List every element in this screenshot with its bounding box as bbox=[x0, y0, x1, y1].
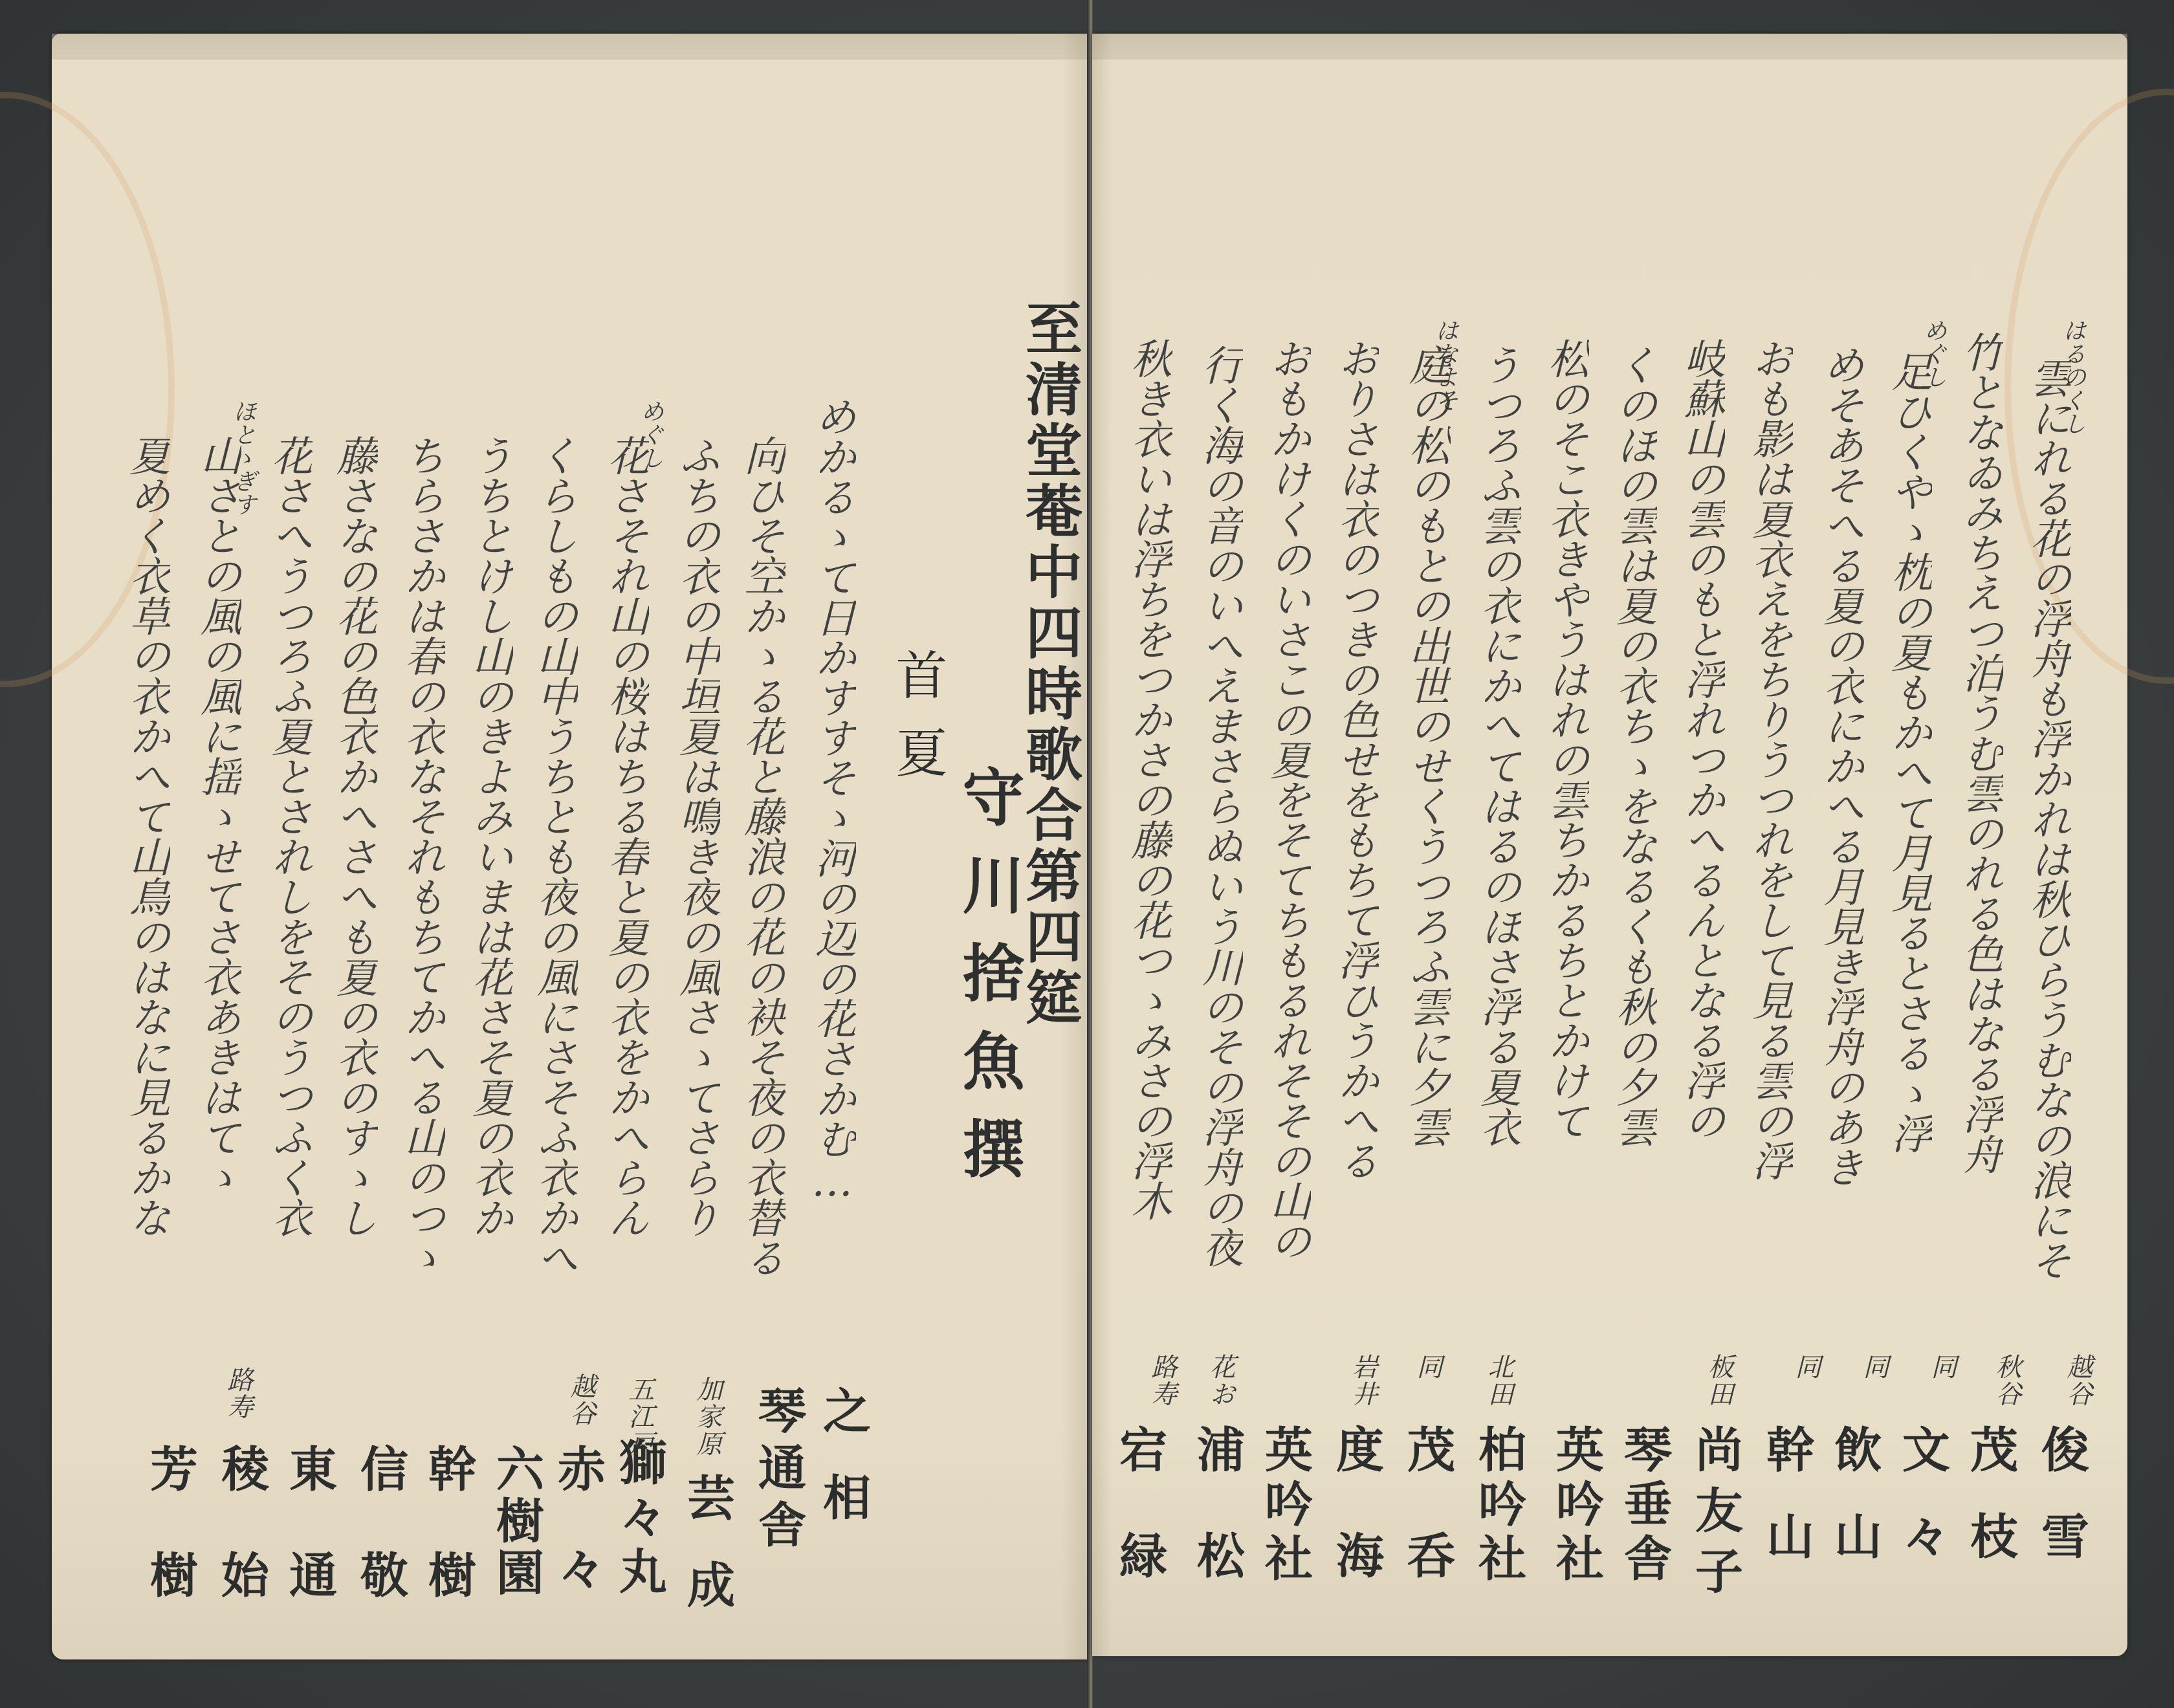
poem-column: 秋き衣いは浮ちをつかさの藤の花つゝみさの浮木 bbox=[1118, 338, 1178, 1220]
poet-prefix: 越谷 bbox=[2059, 1353, 2096, 1408]
poet-prefix: 板田 bbox=[1700, 1353, 1737, 1408]
gutter-shadow bbox=[1092, 34, 1112, 1656]
poet-prefix: 同 bbox=[1924, 1353, 1960, 1381]
poet-prefix: 花お bbox=[1202, 1353, 1239, 1408]
poet-name: 六樹園 bbox=[482, 1444, 551, 1599]
poem-column: ふちの衣の中垣夏は鳴き夜の風さゝてさらり bbox=[666, 435, 726, 1237]
poet-name: 飲山 bbox=[1820, 1425, 1889, 1598]
poet-name: 琴通舎 bbox=[744, 1386, 813, 1557]
poet-name: 稜始 bbox=[207, 1444, 276, 1656]
poem-column: 庭の松のもとの出世のせくうつろふ雲に夕雲 bbox=[1396, 344, 1456, 1146]
poet-prefix: 越谷 bbox=[563, 1373, 600, 1427]
poet-prefix: 路寿 bbox=[1144, 1353, 1181, 1408]
poet-name: 幹樹 bbox=[414, 1444, 483, 1656]
poet-prefix: 同 bbox=[1788, 1353, 1825, 1381]
poet-name: 浦松 bbox=[1183, 1425, 1251, 1637]
poem-column: くのほの雲は夏の衣ちゝをなるくも秋の夕雲 bbox=[1603, 344, 1663, 1146]
compiler-credit: 守川捨魚撰 bbox=[945, 765, 1033, 1205]
poem-column: 花さそれ山の桜はちる春と夏の衣をかへらん bbox=[595, 435, 655, 1237]
poet-name: 信敬 bbox=[346, 1444, 415, 1656]
poet-prefix: 秋谷 bbox=[1988, 1353, 2025, 1408]
poem-column: 山さとの風の風に揺ゝせてさ衣あきはてゝ bbox=[188, 435, 247, 1197]
left-page: 至清堂菴中四時歌合第四筵 守川捨魚撰 首夏 めかるゝて日かすすそゝ河の辺の花さか… bbox=[52, 34, 1087, 1659]
page-top-edge bbox=[1092, 34, 2127, 60]
poet-name: 獅々丸 bbox=[605, 1438, 674, 1601]
poem-column: 岐蘇山の雲のもと浮れつかへるんとなる浮の bbox=[1671, 338, 1731, 1140]
right-page: はるのくし 雲にれる花の浮舟も浮かれは秋ひらうむなの浪にそ 竹となゐみちえつ泊う… bbox=[1092, 34, 2127, 1656]
poem-column: ちらさかは春の衣なそれもちてかへる山のつゝ bbox=[391, 435, 451, 1277]
poet-name: 之相 bbox=[809, 1386, 877, 1559]
poem-column: 雲にれる花の浮舟も浮かれは秋ひらうむなの浪にそ bbox=[2017, 357, 2077, 1280]
poet-prefix: 北田 bbox=[1480, 1353, 1517, 1408]
poet-name: 茂枝 bbox=[1956, 1425, 2025, 1598]
poem-column: 藤さなの花の色衣かへさへも夏の衣のすゝし bbox=[324, 435, 383, 1237]
poem-column: おりさは衣のつきの色せをもちて浮ひうかへる bbox=[1325, 338, 1385, 1180]
poet-name: 芳樹 bbox=[136, 1444, 204, 1656]
poet-name: 赤々 bbox=[543, 1444, 612, 1643]
poet-prefix: 路寿 bbox=[220, 1366, 257, 1421]
poet-prefix: 同 bbox=[1856, 1353, 1893, 1381]
poet-name: 尚友子 bbox=[1681, 1425, 1750, 1607]
poem-column: くらしもの山中うちとも夜の風にさそふ衣かへ bbox=[524, 435, 584, 1277]
section-heading: 首夏 bbox=[880, 648, 954, 804]
poem-column: 花さへうつろふ夏とされしをそのうつふく衣 bbox=[259, 435, 318, 1237]
poet-name: 茂呑 bbox=[1393, 1425, 1462, 1637]
poem-column: 夏めく衣草の衣かへて山鳥のはなに見るかな bbox=[116, 435, 176, 1237]
poet-name: 柏吟社 bbox=[1464, 1425, 1533, 1588]
poet-prefix: 同 bbox=[1409, 1353, 1446, 1381]
poet-name: 俊雪 bbox=[2027, 1425, 2096, 1598]
poet-name: 幹山 bbox=[1752, 1425, 1821, 1598]
poem-column: めかるゝて日かすすそゝ河の辺の花さかむ… bbox=[802, 396, 862, 1205]
poet-prefix: 岩井 bbox=[1345, 1353, 1381, 1408]
poet-name: 度海 bbox=[1322, 1425, 1390, 1637]
poet-name: 琴垂舎 bbox=[1610, 1425, 1678, 1588]
poem-column: おもかけくのいさこの夏をそてちもるれそその山の bbox=[1257, 338, 1317, 1260]
page-top-edge bbox=[52, 34, 1087, 60]
poet-name: 文々 bbox=[1888, 1425, 1957, 1598]
poem-column: めそあそへる夏の衣にかへる月見き浮舟のあき bbox=[1810, 344, 1870, 1187]
poem-column: 向ひそ空かゝる花と藤浪の花の袂そ夜の衣替る bbox=[731, 435, 791, 1277]
poem-column: 足ひくやゝ枕の夏もかへて月見るとさるゝ浮 bbox=[1878, 351, 1938, 1153]
poem-column: おも影は夏衣えをちりうつれをして見る雲の浮 bbox=[1739, 338, 1799, 1180]
poem-column: うちとけし山のきよみいまは花さそ夏の衣か bbox=[459, 435, 519, 1237]
poem-column: 松のそこ衣きやうはれの雲ちかるちとかけて bbox=[1535, 338, 1595, 1140]
poet-name: 芸成 bbox=[673, 1473, 741, 1647]
poet-name: 宕緑 bbox=[1105, 1425, 1174, 1637]
poem-column: うつろふ雲の衣にかへてはるのほさ浮る夏衣 bbox=[1467, 344, 1527, 1146]
poet-name: 英吟社 bbox=[1542, 1425, 1610, 1588]
poem-column: 行く海の音のいへえまさらぬいう川のその浮舟の夜 bbox=[1189, 344, 1249, 1267]
poet-prefix: 加家原 bbox=[689, 1376, 726, 1458]
poem-column: 竹となゐみちえつ泊うむ雲のれる色はなる浮舟 bbox=[1949, 331, 2009, 1174]
poet-name: 東通 bbox=[275, 1444, 344, 1656]
poet-name: 英吟社 bbox=[1251, 1425, 1319, 1588]
